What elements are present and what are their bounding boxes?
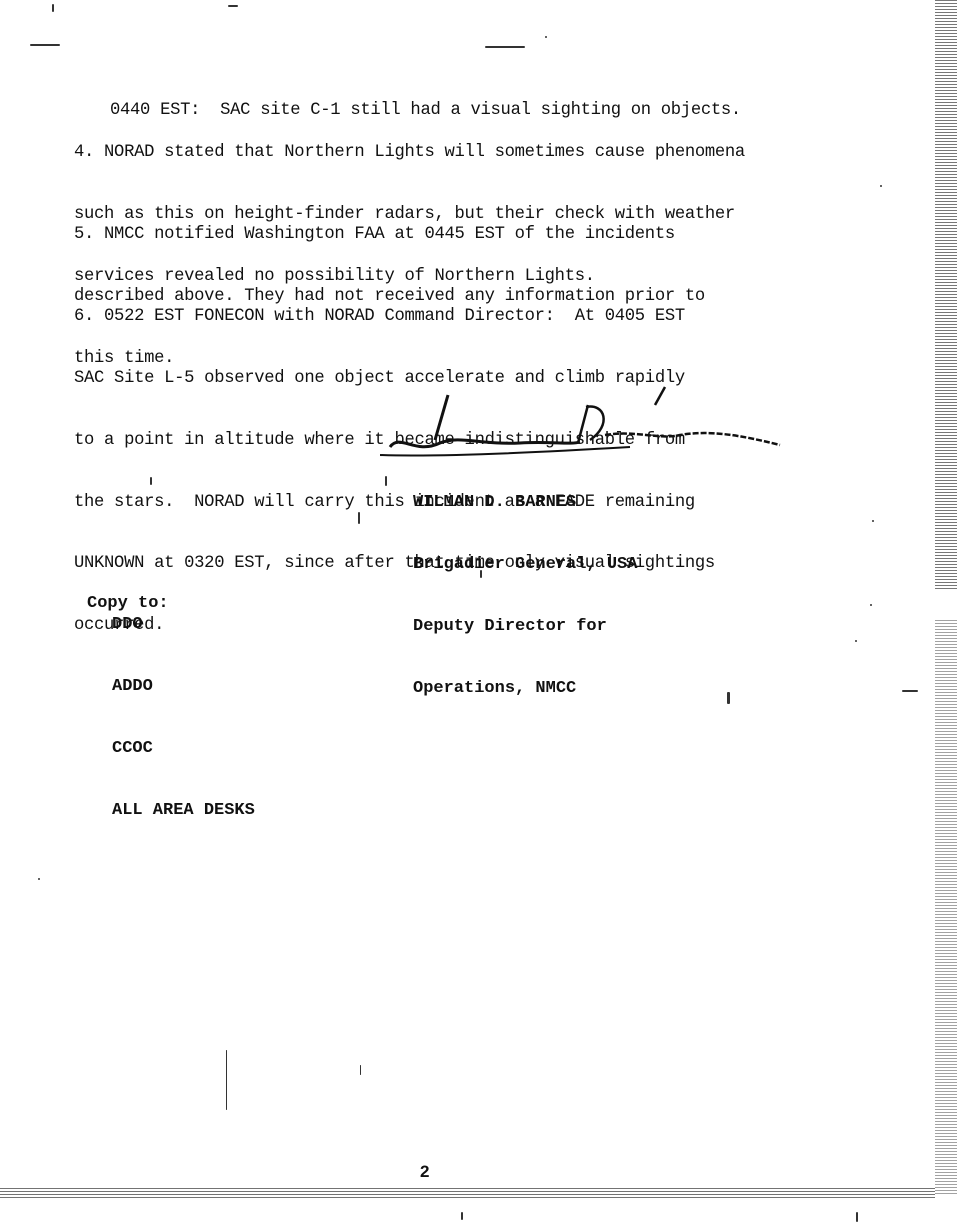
paragraph-line: 6. 0522 EST FONECON with NORAD Command D… <box>74 307 715 328</box>
scan-edge-artifact <box>935 620 957 1195</box>
scan-speck <box>727 692 730 704</box>
scan-speck <box>358 512 360 524</box>
signer-title-line: Deputy Director for <box>413 617 637 638</box>
scan-bottom-artifact <box>0 1188 935 1198</box>
scan-speck <box>856 1212 858 1222</box>
signer-rank: Brigadier General, USA <box>413 555 637 576</box>
scan-edge-artifact <box>935 0 957 590</box>
scan-speck <box>360 1065 361 1075</box>
scan-speck <box>228 5 238 7</box>
copy-to-recipients: DDO ADDO CCOC ALL AREA DESKS <box>112 574 255 862</box>
scan-speck <box>870 604 872 606</box>
scan-speck <box>545 36 547 38</box>
scan-speck <box>150 477 152 485</box>
scan-speck <box>226 1050 227 1110</box>
scan-speck <box>480 570 482 578</box>
scan-speck <box>855 640 857 642</box>
page-number: 2 <box>420 1162 429 1182</box>
paragraph-line: 5. NMCC notified Washington FAA at 0445 … <box>74 225 705 246</box>
scan-speck <box>461 1212 463 1220</box>
signer-title-line: Operations, NMCC <box>413 679 637 700</box>
scan-speck <box>30 44 60 46</box>
recipient: CCOC <box>112 739 255 760</box>
recipient: ADDO <box>112 677 255 698</box>
signature-block: WILMAN D. BARNES Brigadier General, USA … <box>413 452 637 740</box>
scan-speck <box>485 46 525 48</box>
scan-speck <box>902 690 918 692</box>
scan-speck <box>385 476 387 486</box>
scan-speck <box>52 4 54 12</box>
scan-speck <box>880 185 882 187</box>
scanned-document-page: 0440 EST: SAC site C-1 still had a visua… <box>0 0 965 1223</box>
scan-speck <box>872 520 874 522</box>
recipient: ALL AREA DESKS <box>112 801 255 822</box>
scan-speck <box>38 878 40 880</box>
paragraph-line: 4. NORAD stated that Northern Lights wil… <box>74 143 745 164</box>
recipient: DDO <box>112 615 255 636</box>
signer-name: WILMAN D. BARNES <box>413 493 637 514</box>
